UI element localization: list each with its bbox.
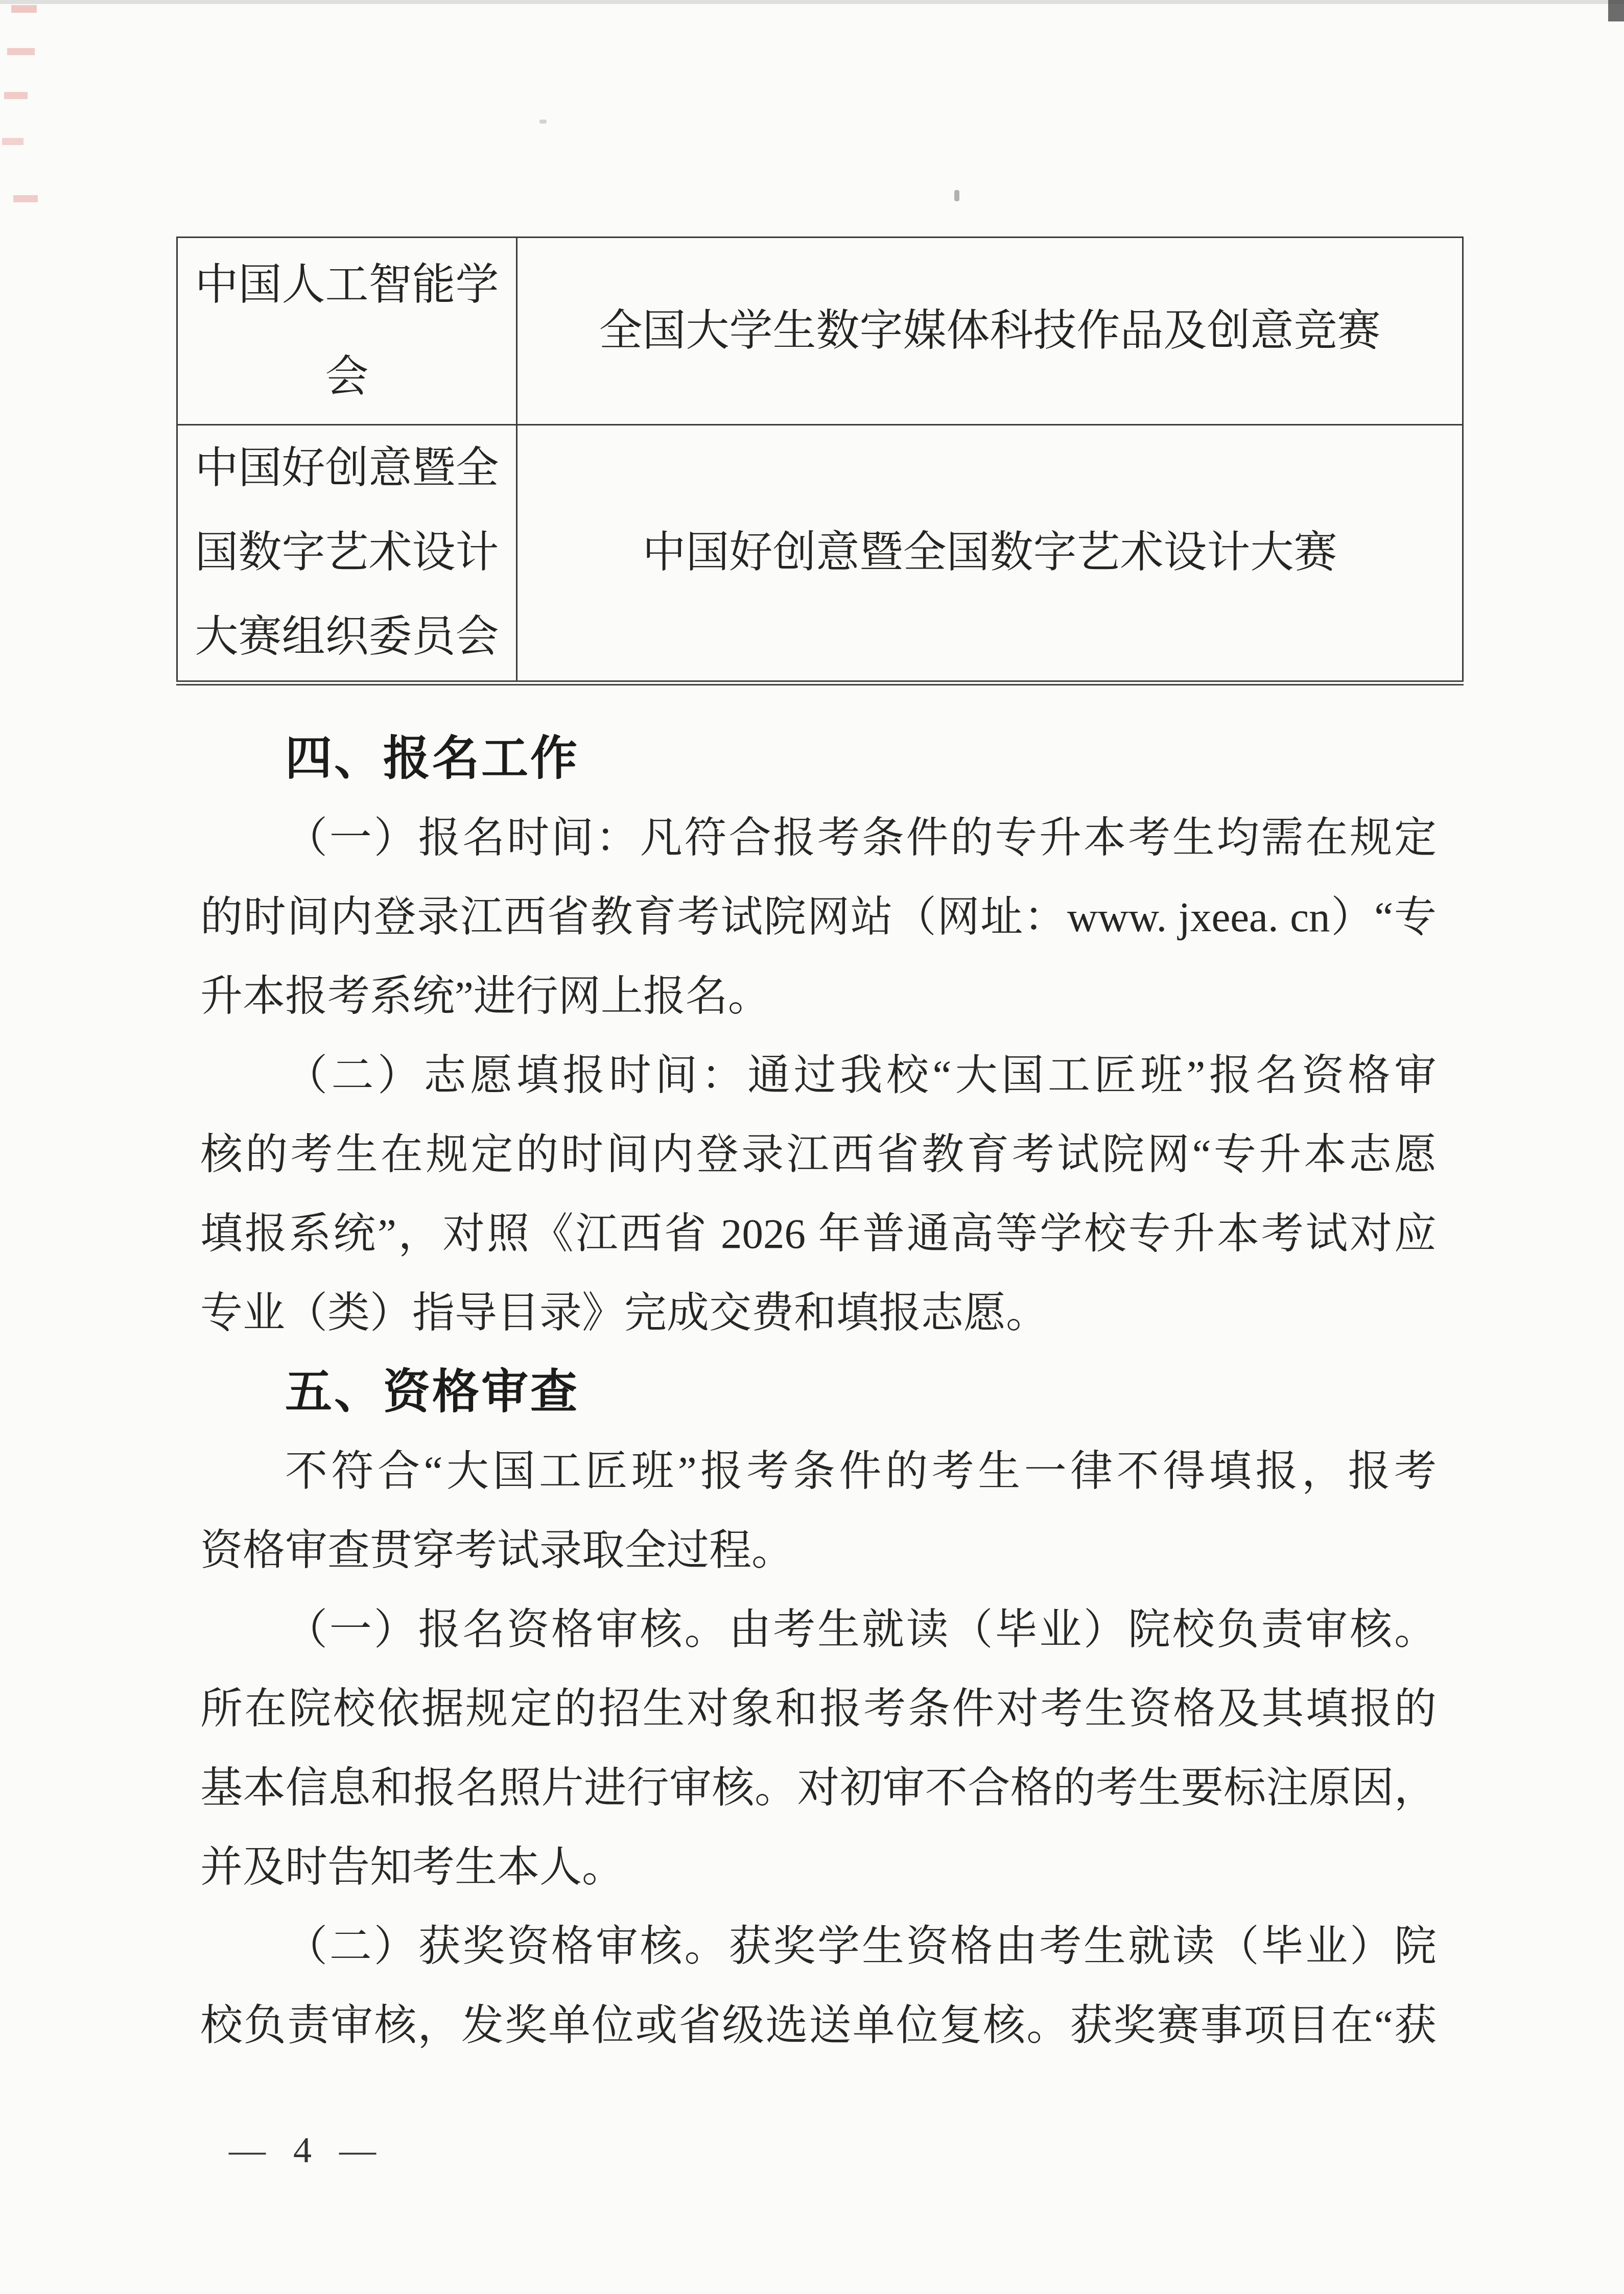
table-row: 中国人工智能学会 全国大学生数字媒体科技作品及创意竞赛	[177, 238, 1463, 425]
document-page: 中国人工智能学会 全国大学生数字媒体科技作品及创意竞赛 中国好创意暨全国数字艺术…	[0, 0, 1624, 2294]
body-line: 专业（类）指导目录》完成交费和填报志愿。	[200, 1273, 1437, 1353]
body-line: （二）获奖资格审核。获奖学生资格由考生就读（毕业）院	[200, 1907, 1437, 1986]
body-line: 的时间内登录江西省教育考试院网站（网址：www. jxeea. cn）“专	[200, 878, 1437, 957]
scan-corner-mark	[1608, 0, 1624, 21]
section-heading-registration: 四、报名工作	[200, 719, 1437, 798]
body-line: 核的考生在规定的时间内登录江西省教育考试院网“专升本志愿	[200, 1115, 1437, 1194]
scan-artifact-red	[2, 138, 23, 145]
organizer-cell: 中国人工智能学会	[177, 238, 517, 425]
body-line: （一）报名时间：凡符合报考条件的专升本考生均需在规定	[200, 798, 1437, 878]
body-line: 并及时告知考生本人。	[200, 1828, 1437, 1907]
organizer-cell: 中国好创意暨全国数字艺术设计大赛组织委员会	[177, 425, 517, 683]
body-line: 基本信息和报名照片进行审核。对初审不合格的考生要标注原因，	[200, 1748, 1437, 1828]
scan-artifact-red	[13, 195, 38, 202]
scan-artifact-red	[4, 92, 28, 99]
competition-cell: 全国大学生数字媒体科技作品及创意竞赛	[517, 238, 1463, 425]
body-line: 升本报考系统”进行网上报名。	[200, 957, 1437, 1036]
document-body: 四、报名工作 （一）报名时间：凡符合报考条件的专升本考生均需在规定 的时间内登录…	[200, 719, 1437, 2065]
scan-speck	[539, 120, 547, 124]
page-number: — 4 —	[229, 2129, 385, 2171]
competition-table: 中国人工智能学会 全国大学生数字媒体科技作品及创意竞赛 中国好创意暨全国数字艺术…	[176, 237, 1464, 685]
body-line: 资格审查贯穿考试录取全过程。	[200, 1511, 1437, 1590]
body-line: 所在院校依据规定的招生对象和报考条件对考生资格及其填报的	[200, 1669, 1437, 1748]
body-line: 不符合“大国工匠班”报考条件的考生一律不得填报，报考	[200, 1432, 1437, 1511]
section-heading-qualification: 五、资格审查	[200, 1353, 1437, 1432]
body-line: （一）报名资格审核。由考生就读（毕业）院校负责审核。	[200, 1590, 1437, 1669]
table-row: 中国好创意暨全国数字艺术设计大赛组织委员会 中国好创意暨全国数字艺术设计大赛	[177, 425, 1463, 683]
body-line: 填报系统”，对照《江西省 2026 年普通高等学校专升本考试对应	[200, 1194, 1437, 1273]
scan-edge-band	[0, 0, 1624, 4]
body-line: （二）志愿填报时间：通过我校“大国工匠班”报名资格审	[200, 1036, 1437, 1115]
competition-cell: 中国好创意暨全国数字艺术设计大赛	[517, 425, 1463, 683]
scan-speck	[954, 190, 959, 201]
scan-artifact-red	[11, 5, 37, 13]
body-line: 校负责审核，发奖单位或省级选送单位复核。获奖赛事项目在“获	[200, 1986, 1437, 2065]
scan-artifact-red	[7, 48, 35, 55]
